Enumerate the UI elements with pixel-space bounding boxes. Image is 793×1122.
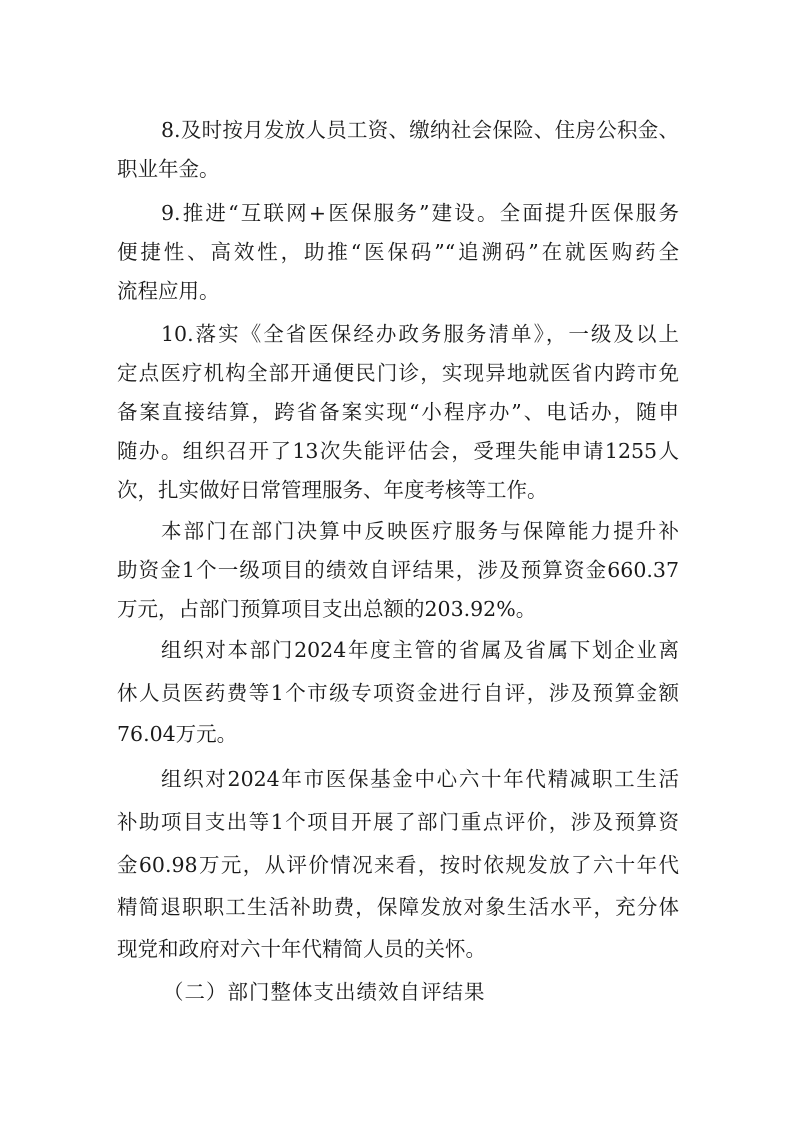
paragraph-key-eval-line-3: 金60.98万元，从评价情况来看，按时依规发放了六十年代 (117, 851, 679, 879)
paragraph-item-10-line-2: 定点医疗机构全部开通便民门诊，实现异地就医省内跨市免 (117, 359, 679, 387)
paragraph-special-fund-eval-line-3: 76.04万元。 (117, 720, 679, 748)
section-heading: （二）部门整体支出绩效自评结果 (163, 978, 486, 1006)
paragraph-key-eval-line-4: 精简退职职工生活补助费，保障发放对象生活水平，充分体 (117, 893, 679, 921)
paragraph-key-eval-line-2: 补助项目支出等1个项目开展了部门重点评价，涉及预算资 (117, 808, 679, 836)
paragraph-item-10-line-4: 随办。组织召开了13次失能评估会，受理失能申请1255人 (117, 437, 679, 465)
paragraph-item-9-line-3: 流程应用。 (117, 277, 679, 305)
paragraph-item-8-line-1: 8.及时按月发放人员工资、缴纳社会保险、住房公积金、 (161, 116, 679, 144)
paragraph-special-fund-eval-line-1: 组织对本部门2024年度主管的省属及省属下划企业离 (161, 636, 679, 664)
paragraph-item-10-line-1: 10.落实《全省医保经办政务服务清单》，一级及以上 (161, 320, 679, 348)
paragraph-project-self-eval-line-1: 本部门在部门决算中反映医疗服务与保障能力提升补 (161, 517, 679, 545)
paragraph-project-self-eval-line-3: 万元，占部门预算项目支出总额的203.92%。 (117, 595, 679, 623)
paragraph-item-9-line-2: 便捷性、高效性，助推“医保码”“追溯码”在就医购药全 (117, 238, 679, 266)
paragraph-item-10-line-3: 备案直接结算，跨省备案实现“小程序办”、电话办，随申 (117, 398, 679, 426)
paragraph-key-eval-line-1: 组织对2024年市医保基金中心六十年代精减职工生活 (161, 765, 679, 793)
paragraph-project-self-eval-line-2: 助资金1个一级项目的绩效自评结果，涉及预算资金660.37 (117, 556, 679, 584)
paragraph-key-eval-line-5: 现党和政府对六十年代精简人员的关怀。 (117, 935, 679, 963)
document-page: 8.及时按月发放人员工资、缴纳社会保险、住房公积金、 职业年金。 9.推进“互联… (0, 0, 793, 1122)
paragraph-special-fund-eval-line-2: 休人员医药费等1个市级专项资金进行自评，涉及预算金额 (117, 679, 679, 707)
paragraph-item-9-line-1: 9.推进“互联网+医保服务”建设。全面提升医保服务 (161, 199, 679, 227)
paragraph-item-10-line-5: 次，扎实做好日常管理服务、年度考核等工作。 (117, 476, 679, 504)
paragraph-item-8-line-2: 职业年金。 (117, 155, 679, 183)
